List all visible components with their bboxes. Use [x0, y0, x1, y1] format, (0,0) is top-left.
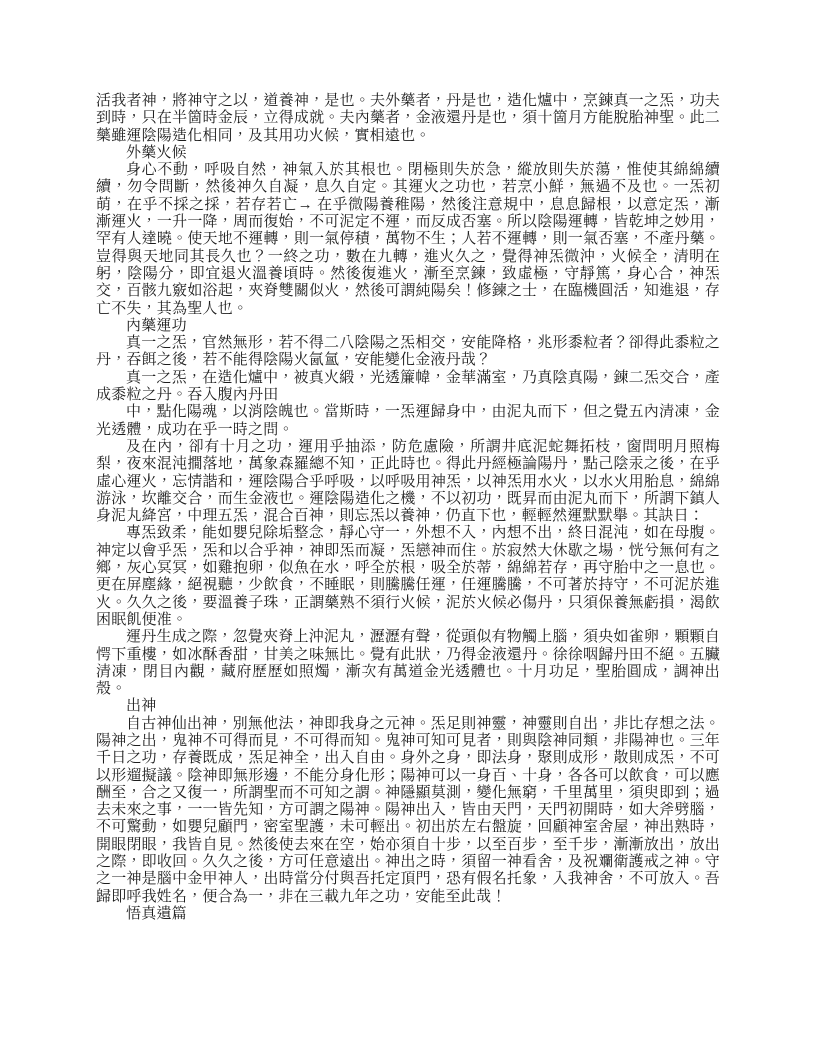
paragraph: 真一之炁，官然無形，若不得二八陰陽之炁相交，安能降格，兆形黍粒者？卻得此黍粒之丹… — [96, 335, 720, 370]
section-heading: 出神 — [96, 698, 720, 715]
text-column: 活我者神，將神守之以，道養神，是也。夫外藥者，丹是也，造化爐中，烹鍊真一之炁，功… — [96, 93, 720, 923]
section-heading: 外藥火候 — [96, 145, 720, 162]
paragraph: 身心不動，呼吸自然，神氣入於其根也。閉極則失於急，縱放則失於蕩，惟使其綿綿續續，… — [96, 162, 720, 318]
paragraph: 中，點化陽魂，以消陰魄也。當斯時，一炁運歸身中，由泥丸而下，但之覺五內清凍，金光… — [96, 404, 720, 439]
section-heading: 悟真遺篇 — [96, 906, 720, 923]
paragraph: 活我者神，將神守之以，道養神，是也。夫外藥者，丹是也，造化爐中，烹鍊真一之炁，功… — [96, 93, 720, 145]
document-page: 活我者神，將神守之以，道養神，是也。夫外藥者，丹是也，造化爐中，烹鍊真一之炁，功… — [0, 0, 816, 1056]
paragraph: 及在內，卻有十月之功，運用乎抽添，防危慮險，所謂井底泥蛇舞拓枝，窗問明月照梅梨，… — [96, 439, 720, 525]
paragraph: 真一之炁，在造化爐中，被真火緞，光透簾幃，金華滿室，乃真陰真陽，鍊二炁交合，產成… — [96, 370, 720, 405]
paragraph: 自古神仙出神，別無他法，神即我身之元神。炁足則神靈，神靈則自出，非比存想之法。陽… — [96, 716, 720, 906]
paragraph: 專炁致柔，能如嬰兒除垢整念，靜心守一，外想不入，內想不出，終日混沌，如在母腹。神… — [96, 525, 720, 629]
paragraph: 運丹生成之際，忽覺夾脊上沖泥丸，瀝瀝有聲，從頭似有物觸上腦，須央如雀卵，顆顆自愕… — [96, 629, 720, 698]
section-heading: 內藥運功 — [96, 318, 720, 335]
